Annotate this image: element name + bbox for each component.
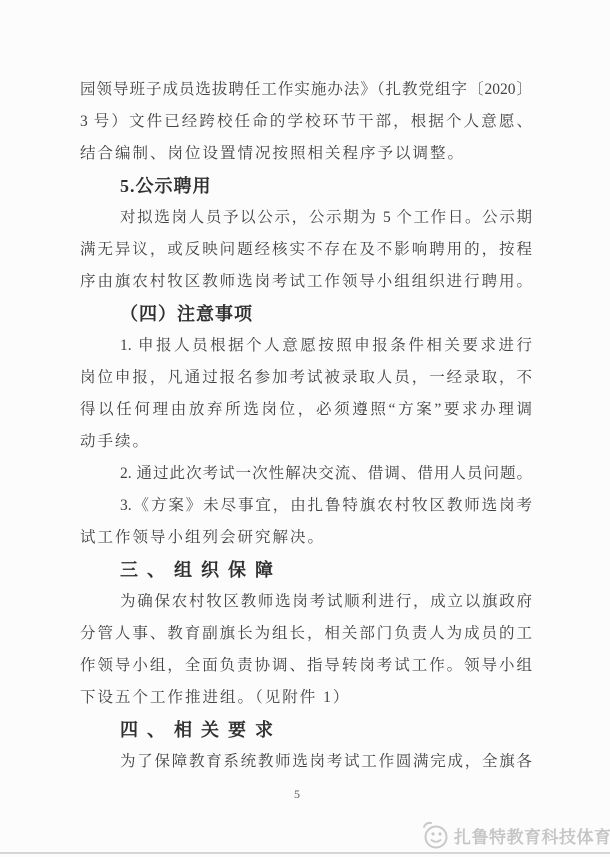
watermark-logo-icon: [421, 820, 449, 850]
text-line: 3 号）文件已经跨校任命的学校环节干部，根据个人意愿、: [80, 106, 532, 138]
text-line: 动手续。: [80, 426, 532, 458]
text-line: 试工作领导小组列会研究解决。: [80, 522, 532, 554]
text-line: 岗位申报，凡通过报名参加考试被录取人员，一经录取，不: [80, 362, 532, 394]
text-line: 序由旗农村牧区教师选岗考试工作领导小组组织进行聘用。: [80, 266, 532, 298]
text-line: 1. 申报人员根据个人意愿按照申报条件相关要求进行: [80, 330, 532, 362]
text-line: 3.《方案》未尽事宜，由扎鲁特旗农村牧区教师选岗考: [80, 490, 532, 522]
page-number: 5: [0, 787, 594, 802]
text-line: 分管人事、教育副旗长为组长，相关部门负责人为成员的工: [80, 618, 532, 650]
text-line: 结合编制、岗位设置情况按照相关程序予以调整。: [80, 138, 532, 170]
watermark-text: 扎鲁特教育科技体育: [454, 823, 610, 848]
text-line: 满无异议，或反映问题经核实不存在及不影响聘用的，按程: [80, 234, 532, 266]
page-bottom-edge: [0, 852, 610, 854]
heading-line: （四）注意事项: [80, 298, 532, 330]
watermark: 扎鲁特教育科技体育: [421, 819, 610, 851]
heading-line: 三、组织保障: [80, 554, 532, 586]
document-page: 园领导班子成员选拔聘任工作实施办法》（扎教党组字〔2020〕3 号）文件已经跨校…: [0, 0, 610, 857]
heading-line: 5.公示聘用: [80, 170, 532, 202]
text-line: 对拟选岗人员予以公示，公示期为 5 个工作日。公示期: [80, 202, 532, 234]
text-line: 下设五个工作推进组。（见附件 1）: [80, 682, 532, 714]
text-line: 园领导班子成员选拔聘任工作实施办法》（扎教党组字〔2020〕: [80, 74, 532, 106]
text-line: 为确保农村牧区教师选岗考试顺利进行，成立以旗政府: [80, 586, 532, 618]
text-line: 作领导小组，全面负责协调、指导转岗考试工作。领导小组: [80, 650, 532, 682]
text-line: 为了保障教育系统教师选岗考试工作圆满完成，全旗各: [80, 746, 532, 778]
document-body: 园领导班子成员选拔聘任工作实施办法》（扎教党组字〔2020〕3 号）文件已经跨校…: [80, 74, 532, 778]
text-line: 得以任何理由放弃所选岗位，必须遵照“方案”要求办理调: [80, 394, 532, 426]
text-line: 2. 通过此次考试一次性解决交流、借调、借用人员问题。: [80, 458, 532, 490]
heading-line: 四、相关要求: [80, 714, 532, 746]
